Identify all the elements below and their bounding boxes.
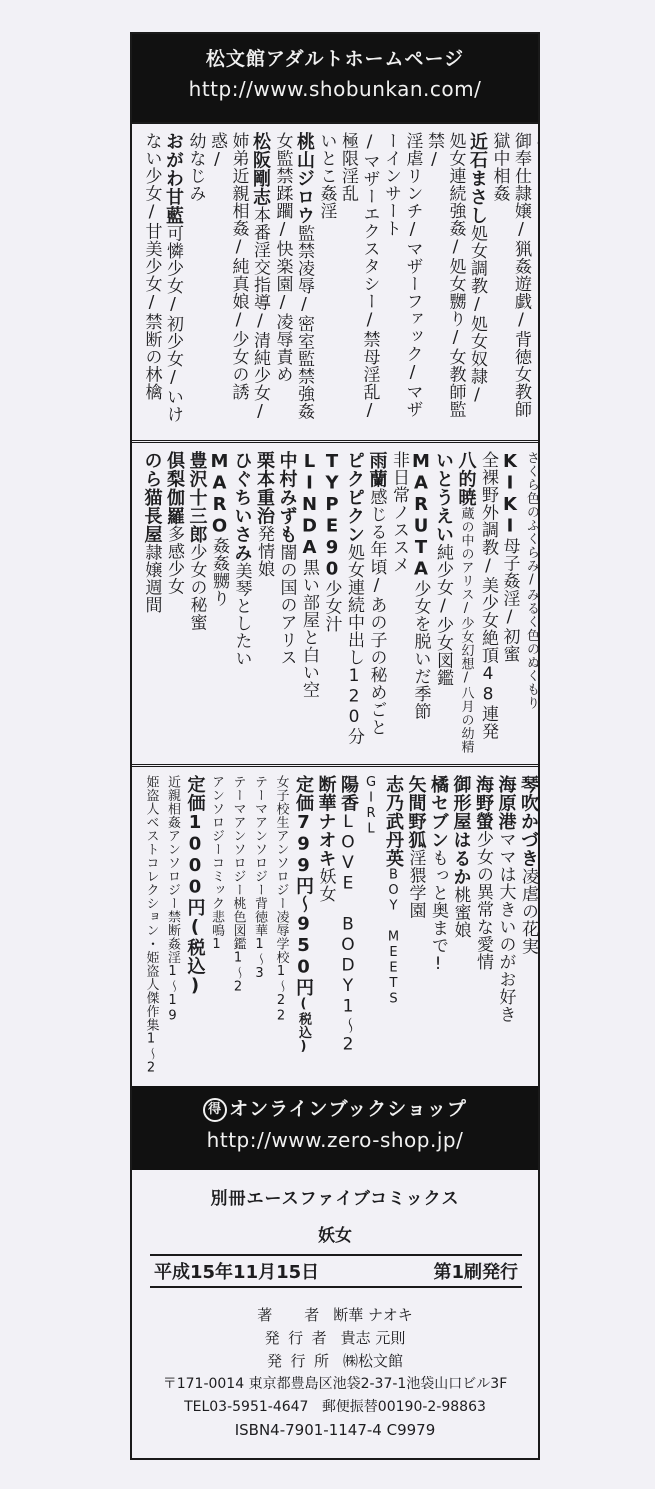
list-item: 姉弟近親相姦/純真娘/少女の誘惑/ (206, 132, 249, 432)
list-item: SHIZUKA誘拐監禁/猟色凌辱 (531, 132, 538, 432)
list-item: 栗本重治発情娘 (253, 451, 276, 756)
catalog-section-1: 定価890〜950円(税込) ひんでんブルグ女教師の肉便器 兄妹愛/母娘肉欲教育… (132, 122, 538, 440)
contact-row: TEL03-5951-4647 郵便振替00190-2-98863 (132, 1396, 538, 1419)
list-item: 女監禁蹂躙/快楽園/凌辱責め (271, 132, 293, 432)
list-item: TYPE90少女汁 (320, 451, 343, 756)
list-item: いとこ姦淫 (315, 132, 337, 432)
list-item: /マザーエクスタシー/禁母淫乱/極限淫乱 (337, 132, 380, 432)
list-item: 八的暁蔵の中のアリス/少女幻想/八月の幼精 (454, 451, 477, 756)
list-item: 豊沢十三郎少女の秘蜜 (185, 451, 208, 756)
list-item: MARO姦姦嬲り (208, 451, 231, 756)
list-item: 御形屋はるか桃蜜娘 (449, 775, 472, 1078)
list-item: 御奉仕隷嬢/猟姦遊戯/背徳女教師 (510, 132, 532, 432)
list-item: 海野螢少女の異常な愛情 (472, 775, 495, 1078)
list-item: 琴吹かづき凌虐の花実 (517, 775, 539, 1078)
list-item: テーマアンソロジー背徳華1〜3 (249, 775, 271, 1078)
list-item: 幼なじみ (184, 132, 206, 432)
credits: 著者断華 ナオキ 発行者貴志 元則 発行所㈱松文館 〒171-0014 東京都豊… (132, 1304, 538, 1442)
colophon: 別冊エースファイブコミックス 妖女 平成15年11月15日 第1刷発行 著者断華… (132, 1170, 538, 1442)
list-item: 海原港ママは大きいのがお好き (494, 775, 517, 1078)
catalog-section-3: 茶否少女絶対主義 三葉りを嬲り弄られ 琴吹かづき凌虐の花実 海原港ママは大きいの… (132, 764, 538, 1086)
list-item: 淫虐リンチ/マザーファック/マザーインサート (380, 132, 423, 432)
isbn: ISBN4-7901-1147-4 C9979 (132, 1419, 538, 1442)
publisher-person-row: 発行者貴志 元則 (132, 1327, 538, 1350)
list-item: ピクピクン処女連続中出し120分 (343, 451, 366, 756)
list-item: おがわ甘藍可憐少女/初少女/いけ (162, 132, 185, 432)
series-name: 別冊エースファイブコミックス (132, 1184, 538, 1209)
list-item: アンソロジーコミック悲鳴1 (206, 775, 228, 1078)
list-item: 姫盗人ベストコレクション・姫盗人傑作集1〜2 (140, 775, 162, 1078)
author-row: 著者断華 ナオキ (132, 1304, 538, 1327)
colophon-page: 松文館アダルトホームページ http://www.shobunkan.com/ … (130, 32, 540, 1460)
toku-badge-icon: 得 (203, 1098, 227, 1122)
publication-dateline: 平成15年11月15日 第1刷発行 (150, 1254, 522, 1288)
list-item: 志乃武丹英BOY MEETS GIRL (359, 775, 404, 1078)
list-item: 全裸野外調教/美少女絶頂48連発 (477, 451, 499, 756)
list-item: さくら色のふくらみ/みるく色のぬくもり (521, 451, 539, 756)
list-item: 断華ナオキ妖女 (314, 775, 337, 1078)
catalog-list-3: 茶否少女絶対主義 三葉りを嬲り弄られ 琴吹かづき凌虐の花実 海原港ママは大きいの… (140, 775, 538, 1078)
list-item: のら猫長屋隷嬢週間 (140, 451, 163, 756)
online-shop-title: 得オンラインブックショップ (132, 1094, 538, 1122)
list-item: 近親相姦アンソロジー禁断姦淫1〜19 (162, 775, 184, 1078)
list-item: MARUTA少女を脱いだ季節 (409, 451, 432, 756)
list-item: 非日常ノススメ (388, 451, 410, 756)
list-item: 女子校生アンソロジー凌辱学校1〜22 (270, 775, 292, 1078)
list-item: 近石まさし処女調教/処女奴隷/ (466, 132, 489, 432)
list-item: 橘セブンもっと奥まで! (427, 775, 450, 1078)
list-item: ない少女/甘美少女/禁断の林檎 (140, 132, 162, 432)
list-item: 陽香LOVE BODY1〜2 (337, 775, 360, 1078)
publisher-homepage-title: 松文館アダルトホームページ (132, 44, 538, 71)
publication-date: 平成15年11月15日 (154, 1258, 319, 1284)
list-item: LINDA黒い部屋と白い空 (298, 451, 321, 756)
list-item: ひぐちいさみ美琴としたい (230, 451, 253, 756)
catalog-list-2: う〜とむせっくすふれんど/少女のおねだり/ さくら色のふくらみ/みるく色のぬくも… (140, 451, 538, 756)
list-item: 中村みずも闇の国のアリス (275, 451, 298, 756)
publisher-homepage-banner: 松文館アダルトホームページ http://www.shobunkan.com/ (132, 34, 538, 122)
list-item: 倶梨伽羅多感少女 (163, 451, 186, 756)
list-item: KIKI母子姦淫/初蜜 (498, 451, 521, 756)
catalog-section-2: う〜とむせっくすふれんど/少女のおねだり/ さくら色のふくらみ/みるく色のぬくも… (132, 440, 538, 764)
list-item: テーマアンソロジー桃色図鑑1〜2 (227, 775, 249, 1078)
list-item: 処女連続強姦/処女嬲り/女教師監禁/ (423, 132, 466, 432)
online-shop-banner: 得オンラインブックショップ http://www.zero-shop.jp/ (132, 1086, 538, 1170)
list-item: 雨蘭感じる年頃/あの子の秘めごと (365, 451, 388, 756)
price-heading: 定価1000円(税込) (183, 775, 206, 1078)
list-item: 矢間野狐淫猥学園 (404, 775, 427, 1078)
online-shop-url[interactable]: http://www.zero-shop.jp/ (132, 1128, 538, 1152)
list-item: 獄中相姦 (488, 132, 510, 432)
list-item: 松阪剛志本番淫交指導/清純少女/ (249, 132, 272, 432)
list-item: いとうえい純少女/少女図鑑 (432, 451, 455, 756)
address-row: 〒171-0014 東京都豊島区池袋2-37-1池袋山口ビル3F (132, 1373, 538, 1396)
publisher-row: 発行所㈱松文館 (132, 1350, 538, 1373)
price-heading: 定価799円〜950円(税込) (292, 775, 315, 1078)
edition: 第1刷発行 (433, 1258, 518, 1284)
list-item: 桃山ジロウ監禁凌辱/密室監禁強姦 (293, 132, 316, 432)
catalog-list-1: 定価890〜950円(税込) ひんでんブルグ女教師の肉便器 兄妹愛/母娘肉欲教育… (140, 132, 538, 432)
book-title: 妖女 (132, 1221, 538, 1246)
publisher-homepage-url[interactable]: http://www.shobunkan.com/ (132, 77, 538, 101)
